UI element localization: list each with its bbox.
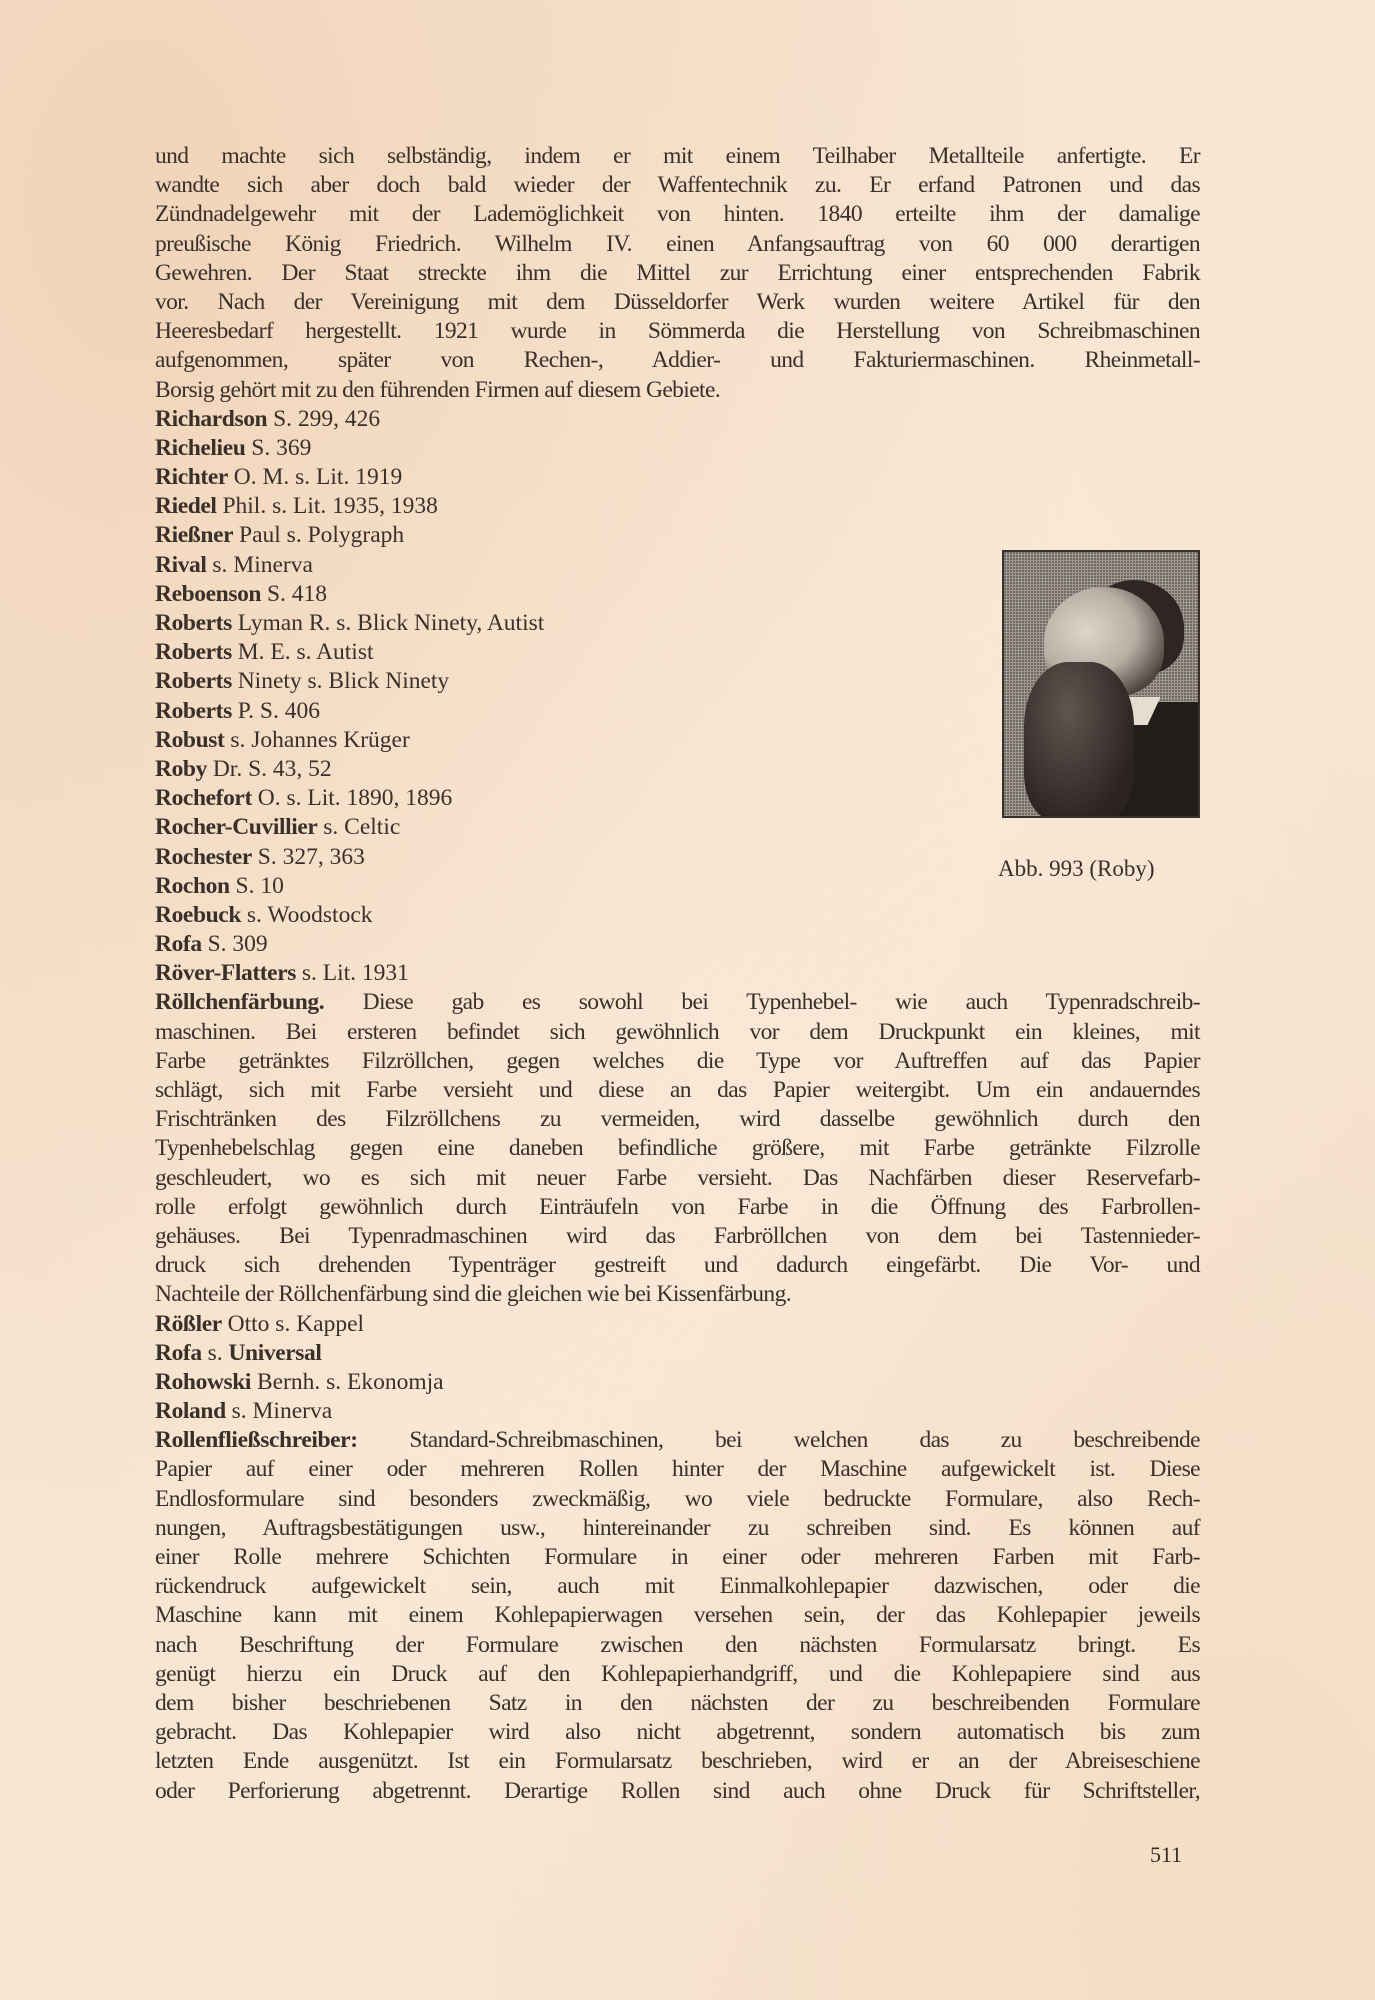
text-line: einer Rolle mehrere Schichten Formulare …	[155, 1543, 1200, 1572]
index-entry: Röver-Flatters s. Lit. 1931	[155, 959, 1200, 988]
intro-paragraph: und machte sich selbständig, indem er mi…	[155, 142, 1200, 405]
text-line: Typenhebelschlag gegen eine daneben befi…	[155, 1134, 1200, 1163]
text-line: druck sich drehenden Typenträger gestrei…	[155, 1251, 1200, 1280]
entry-text: s. Woodstock	[241, 902, 373, 928]
entry-keyword: Roebuck	[155, 902, 241, 928]
text-line: Endlosformulare sind besonders zweckmäßi…	[155, 1485, 1200, 1514]
text-line: und machte sich selbständig, indem er mi…	[155, 142, 1200, 171]
entry-text: s. Celtic	[317, 814, 400, 840]
entry-keyword: Röver-Flatters	[155, 960, 296, 986]
entry-keyword: Röllchenfärbung.	[155, 989, 324, 1015]
entry-text: S. 299, 426	[267, 406, 380, 432]
text-line: nungen, Auftragsbestätigungen usw., hint…	[155, 1514, 1200, 1543]
index-entry: Rofa S. 309	[155, 930, 1200, 959]
index-entry: Rößler Otto s. Kappel	[155, 1310, 1200, 1339]
entry-keyword: Rochon	[155, 873, 230, 899]
portrait-beard	[1024, 662, 1134, 818]
entry-text: P. S. 406	[232, 698, 320, 724]
text-line: Farbe getränktes Filzröllchen, gegen wel…	[155, 1047, 1200, 1076]
entry-text: Bernh. s. Ekonomja	[251, 1369, 444, 1395]
text-line: Heeresbedarf hergestellt. 1921 wurde in …	[155, 317, 1200, 346]
entry-text: O. s. Lit. 1890, 1896	[252, 785, 452, 811]
text-line: wandte sich aber doch bald wieder der Wa…	[155, 171, 1200, 200]
page-number: 511	[1150, 1842, 1182, 1868]
entry-keyword: Roberts	[155, 698, 232, 724]
text-line: maschinen. Bei ersteren befindet sich ge…	[155, 1018, 1200, 1047]
entry-keyword: Rocher-Cuvillier	[155, 814, 317, 840]
index-entry: Rießner Paul s. Polygraph	[155, 521, 1200, 550]
text-line: geschleudert, wo es sich mit neuer Farbe…	[155, 1164, 1200, 1193]
entry-text: s. Lit. 1931	[296, 960, 409, 986]
entry-keyword: Riedel	[155, 493, 217, 519]
text-line: letzten Ende ausgenützt. Ist ein Formula…	[155, 1747, 1200, 1776]
entry-text: Dr. S. 43, 52	[207, 756, 332, 782]
index-entry: Rohowski Bernh. s. Ekonomja	[155, 1368, 1200, 1397]
entry-text: s. Minerva	[207, 552, 313, 578]
text-line: Papier auf einer oder mehreren Rollen hi…	[155, 1455, 1200, 1484]
text-line: preußische König Friedrich. Wilhelm IV. …	[155, 230, 1200, 259]
index-entry: Roebuck s. Woodstock	[155, 901, 1200, 930]
text-line: Maschine kann mit einem Kohlepapierwagen…	[155, 1601, 1200, 1630]
portrait-photo	[1002, 550, 1200, 818]
entry-keyword: Richelieu	[155, 435, 245, 461]
entry-text: S. 369	[245, 435, 311, 461]
text-line: rückendruck aufgewickelt sein, auch mit …	[155, 1572, 1200, 1601]
entry-keyword: Rohowski	[155, 1369, 251, 1395]
entry-text: s. Johannes Krüger	[224, 727, 409, 753]
entry-keyword: Roland	[155, 1398, 226, 1424]
entry-keyword: Robust	[155, 727, 224, 753]
entry-text: S. 418	[261, 581, 327, 607]
index-entry: Riedel Phil. s. Lit. 1935, 1938	[155, 492, 1200, 521]
rollenfliessschreiber-entry: Rollenfließschreiber: Standard-Schreibma…	[155, 1426, 1200, 1805]
text-line: rolle erfolgt gewöhnlich durch Einträufe…	[155, 1193, 1200, 1222]
figure-caption: Abb. 993 (Roby)	[998, 856, 1155, 882]
index-entry: Richardson S. 299, 426	[155, 405, 1200, 434]
entry-keyword: Rival	[155, 552, 207, 578]
entry-text: Phil. s. Lit. 1935, 1938	[217, 493, 438, 519]
text-line: Röllchenfärbung. Diese gab es sowohl bei…	[155, 988, 1200, 1017]
entry-keyword: Rochester	[155, 844, 252, 870]
text-line: Borsig gehört mit zu den führenden Firme…	[155, 376, 1200, 405]
entry-text: S. 327, 363	[252, 844, 365, 870]
entry-keyword: Rießner	[155, 522, 233, 548]
entry-text: Ninety s. Blick Ninety	[232, 668, 449, 694]
text-line: Rollenfließschreiber: Standard-Schreibma…	[155, 1426, 1200, 1455]
entry-keyword: Roberts	[155, 639, 232, 665]
text-line: Zündnadelgewehr mit der Lademöglichkeit …	[155, 200, 1200, 229]
entry-text: S. 309	[202, 931, 268, 957]
roellchenfaerbung-entry: Röllchenfärbung. Diese gab es sowohl bei…	[155, 988, 1200, 1309]
entry-text: Paul s. Polygraph	[233, 522, 404, 548]
index-entry: Roland s. Minerva	[155, 1397, 1200, 1426]
entry-text: Lyman R. s. Blick Ninety, Autist	[232, 610, 544, 636]
index-entries-b: Rößler Otto s. Kappel Rofa s. Universal …	[155, 1310, 1200, 1427]
text-line: schlägt, sich mit Farbe versieht und die…	[155, 1076, 1200, 1105]
entry-keyword: Richter	[155, 464, 228, 490]
entry-keyword: Richardson	[155, 406, 267, 432]
text-line: Gewehren. Der Staat streckte ihm die Mit…	[155, 259, 1200, 288]
page-body: und machte sich selbständig, indem er mi…	[155, 142, 1200, 1806]
text-line: gebracht. Das Kohlepapier wird also nich…	[155, 1718, 1200, 1747]
entry-text: S. 10	[230, 873, 284, 899]
entry-text: M. E. s. Autist	[232, 639, 374, 665]
entry-text: O. M. s. Lit. 1919	[228, 464, 402, 490]
entry-keyword: Rofa	[155, 1340, 202, 1366]
text-line: vor. Nach der Vereinigung mit dem Düssel…	[155, 288, 1200, 317]
entry-keyword: Reboenson	[155, 581, 261, 607]
index-entry: Richter O. M. s. Lit. 1919	[155, 463, 1200, 492]
entry-keyword: Roby	[155, 756, 207, 782]
entry-reference-keyword: Universal	[228, 1340, 321, 1366]
index-entry: Rofa s. Universal	[155, 1339, 1200, 1368]
entry-keyword: Rofa	[155, 931, 202, 957]
text-line: Frischtränken des Filzröllchens zu verme…	[155, 1105, 1200, 1134]
text-line: gehäuses. Bei Typenradmaschinen wird das…	[155, 1222, 1200, 1251]
entry-text: s.	[202, 1340, 229, 1366]
text-line: dem bisher beschriebenen Satz in den näc…	[155, 1689, 1200, 1718]
entry-keyword: Rößler	[155, 1311, 222, 1337]
text-line: Nachteile der Röllchenfärbung sind die g…	[155, 1280, 1200, 1309]
entry-keyword: Roberts	[155, 610, 232, 636]
entry-keyword: Rochefort	[155, 785, 252, 811]
text-line: aufgenommen, später von Rechen-, Addier-…	[155, 346, 1200, 375]
text-line: nach Beschriftung der Formulare zwischen…	[155, 1631, 1200, 1660]
index-entry: Richelieu S. 369	[155, 434, 1200, 463]
entry-text: s. Minerva	[226, 1398, 332, 1424]
text-line: oder Perforierung abgetrennt. Derartige …	[155, 1777, 1200, 1806]
entry-keyword: Rollenfließschreiber:	[155, 1427, 358, 1453]
entry-text: Otto s. Kappel	[222, 1311, 364, 1337]
entry-keyword: Roberts	[155, 668, 232, 694]
text-line: genügt hierzu ein Druck auf den Kohlepap…	[155, 1660, 1200, 1689]
